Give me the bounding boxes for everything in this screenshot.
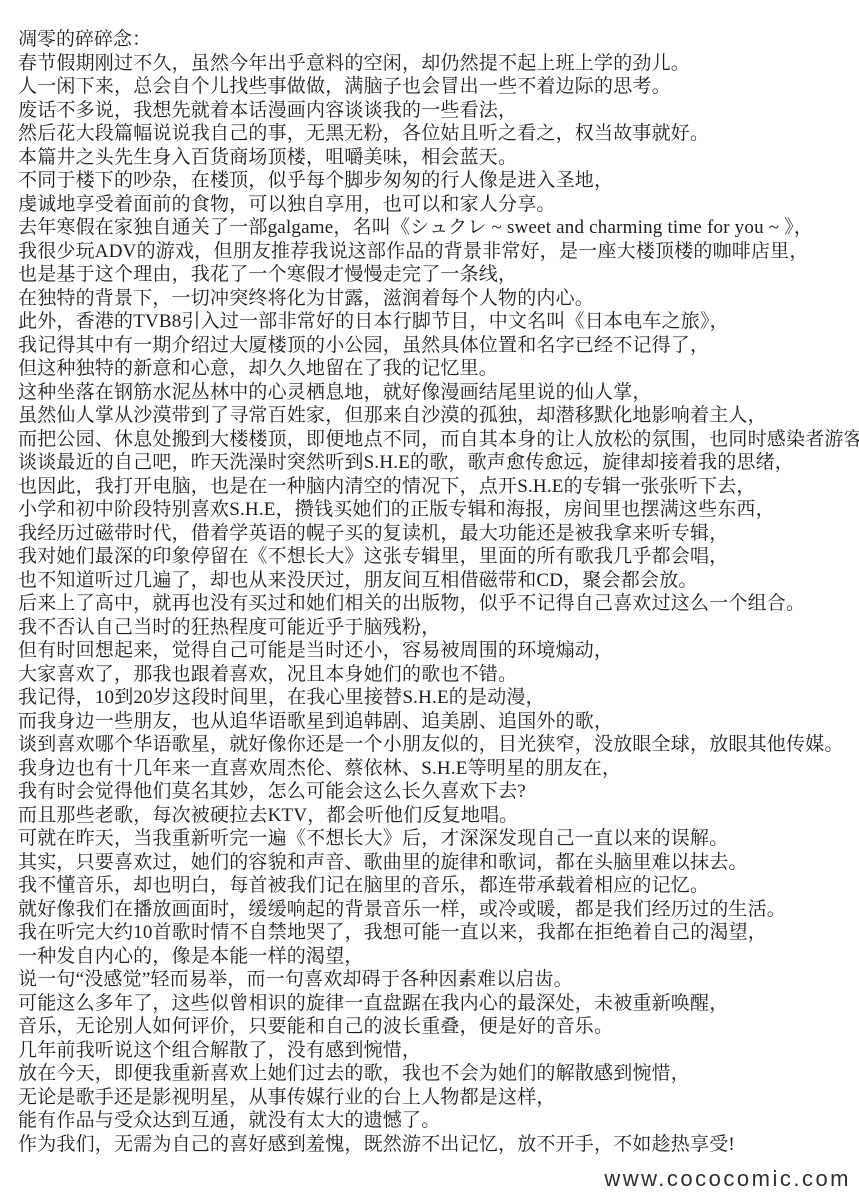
text-line: 我不否认自己当时的狂热程度可能近乎于脑残粉， — [18, 616, 855, 640]
text-body: 春节假期刚过不久，虽然今年出乎意料的空闲，却仍然提不起上班上学的劲儿。人一闲下来… — [18, 52, 855, 1157]
comic-afterword-page: 凋零的碎碎念： 春节假期刚过不久，虽然今年出乎意料的空闲，却仍然提不起上班上学的… — [18, 28, 855, 1156]
text-line: 这种坐落在钢筋水泥丛林中的心灵栖息地，就好像漫画结尾里说的仙人掌， — [18, 381, 855, 405]
text-line: 虔诚地享受着面前的食物，可以独自享用，也可以和家人分享。 — [18, 193, 855, 217]
text-line: 就好像我们在播放画面时，缓缓响起的背景音乐一样，或冷或暖，都是我们经历过的生活。 — [18, 898, 855, 922]
text-line: 而把公园、休息处搬到大楼楼顶，即便地点不同，而自其本身的让人放松的氛围，也同时感… — [18, 428, 855, 452]
text-line: 废话不多说，我想先就着本话漫画内容谈谈我的一些看法， — [18, 99, 855, 123]
text-line: 不同于楼下的吵杂，在楼顶，似乎每个脚步匆匆的行人像是进入圣地， — [18, 169, 855, 193]
text-line: 我身边也有十几年来一直喜欢周杰伦、蔡依林、S.H.E等明星的朋友在， — [18, 757, 855, 781]
text-line: 然后花大段篇幅说说我自己的事，无黑无粉，各位姑且听之看之，权当故事就好。 — [18, 122, 855, 146]
text-line: 但这种独特的新意和心意，却久久地留在了我的记忆里。 — [18, 357, 855, 381]
text-line: 我在听完大约10首歌时情不自禁地哭了，我想可能一直以来，我都在拒绝着自己的渴望， — [18, 921, 855, 945]
text-line: 但有时回想起来，觉得自己可能是当时还小，容易被周围的环境煽动， — [18, 639, 855, 663]
text-line: 我很少玩ADV的游戏，但朋友推荐我说这部作品的背景非常好，是一座大楼顶楼的咖啡店… — [18, 240, 855, 264]
text-line: 能有作品与受众达到互通，就没有太大的遗憾了。 — [18, 1109, 855, 1133]
page-title: 凋零的碎碎念： — [18, 28, 855, 52]
text-line: 人一闲下来，总会自个儿找些事做做，满脑子也会冒出一些不着边际的思考。 — [18, 75, 855, 99]
text-line: 作为我们，无需为自己的喜好感到羞愧，既然游不出记忆，放不开手，不如趁热享受! — [18, 1133, 855, 1157]
text-line: 我有时会觉得他们莫名其妙，怎么可能会这么长久喜欢下去? — [18, 780, 855, 804]
text-line: 我对她们最深的印象停留在《不想长大》这张专辑里，里面的所有歌我几乎都会唱， — [18, 545, 855, 569]
text-line: 我经历过磁带时代，借着学英语的幌子买的复读机，最大功能还是被我拿来听专辑， — [18, 522, 855, 546]
text-line: 音乐，无论别人如何评价，只要能和自己的波长重叠，便是好的音乐。 — [18, 1015, 855, 1039]
text-line: 无论是歌手还是影视明星，从事传媒行业的台上人物都是这样， — [18, 1086, 855, 1110]
text-line: 而且那些老歌，每次被硬拉去KTV，都会听他们反复地唱。 — [18, 804, 855, 828]
text-line: 我记得其中有一期介绍过大厦楼顶的小公园，虽然具体位置和名字已经不记得了， — [18, 334, 855, 358]
text-line: 虽然仙人掌从沙漠带到了寻常百姓家，但那来自沙漠的孤独，却潜移默化地影响着主人， — [18, 404, 855, 428]
text-line: 小学和初中阶段特别喜欢S.H.E，攒钱买她们的正版专辑和海报，房间里也摆满这些东… — [18, 498, 855, 522]
text-line: 我记得，10到20岁这段时间里，在我心里接替S.H.E的是动漫， — [18, 686, 855, 710]
text-line: 谈到喜欢哪个华语歌星，就好像你还是一个小朋友似的，目光狭窄，没放眼全球，放眼其他… — [18, 733, 855, 757]
text-line: 可就在昨天，当我重新听完一遍《不想长大》后，才深深发现自己一直以来的误解。 — [18, 827, 855, 851]
text-line: 一种发自内心的，像是本能一样的渴望， — [18, 945, 855, 969]
text-line: 几年前我听说这个组合解散了，没有感到惋惜， — [18, 1039, 855, 1063]
text-line: 此外，香港的TVB8引入过一部非常好的日本行脚节目，中文名叫《日本电车之旅》， — [18, 310, 855, 334]
text-line: 可能这么多年了，这些似曾相识的旋律一直盘踞在我内心的最深处，未被重新唤醒， — [18, 992, 855, 1016]
site-watermark: www.cococomic.com — [604, 1166, 851, 1192]
text-line: 我不懂音乐，却也明白，每首被我们记在脑里的音乐，都连带承载着相应的记忆。 — [18, 874, 855, 898]
text-line: 也因此，我打开电脑，也是在一种脑内清空的情况下，点开S.H.E的专辑一张张听下去… — [18, 475, 855, 499]
text-line: 去年寒假在家独自通关了一部galgame，名叫《シュクレ ~ sweet and… — [18, 216, 855, 240]
text-line: 其实，只要喜欢过，她们的容貌和声音、歌曲里的旋律和歌词，都在头脑里难以抹去。 — [18, 851, 855, 875]
text-line: 春节假期刚过不久，虽然今年出乎意料的空闲，却仍然提不起上班上学的劲儿。 — [18, 52, 855, 76]
text-line: 大家喜欢了，那我也跟着喜欢，况且本身她们的歌也不错。 — [18, 663, 855, 687]
text-line: 而我身边一些朋友，也从追华语歌星到追韩剧、追美剧、追国外的歌， — [18, 710, 855, 734]
text-line: 也是基于这个理由，我花了一个寒假才慢慢走完了一条线， — [18, 263, 855, 287]
text-line: 本篇井之头先生身入百货商场顶楼，咀嚼美味，相会蓝天。 — [18, 146, 855, 170]
text-line: 也不知道听过几遍了，却也从来没厌过，朋友间互相借磁带和CD，聚会都会放。 — [18, 569, 855, 593]
text-line: 说一句“没感觉”轻而易举，而一句喜欢却碍于各种因素难以启齿。 — [18, 968, 855, 992]
text-line: 后来上了高中，就再也没有买过和她们相关的出版物，似乎不记得自己喜欢过这么一个组合… — [18, 592, 855, 616]
text-line: 放在今天，即便我重新喜欢上她们过去的歌，我也不会为她们的解散感到惋惜， — [18, 1062, 855, 1086]
text-line: 在独特的背景下，一切冲突终将化为甘露，滋润着每个人物的内心。 — [18, 287, 855, 311]
text-line: 谈谈最近的自己吧，昨天洗澡时突然听到S.H.E的歌，歌声愈传愈远，旋律却接着我的… — [18, 451, 855, 475]
